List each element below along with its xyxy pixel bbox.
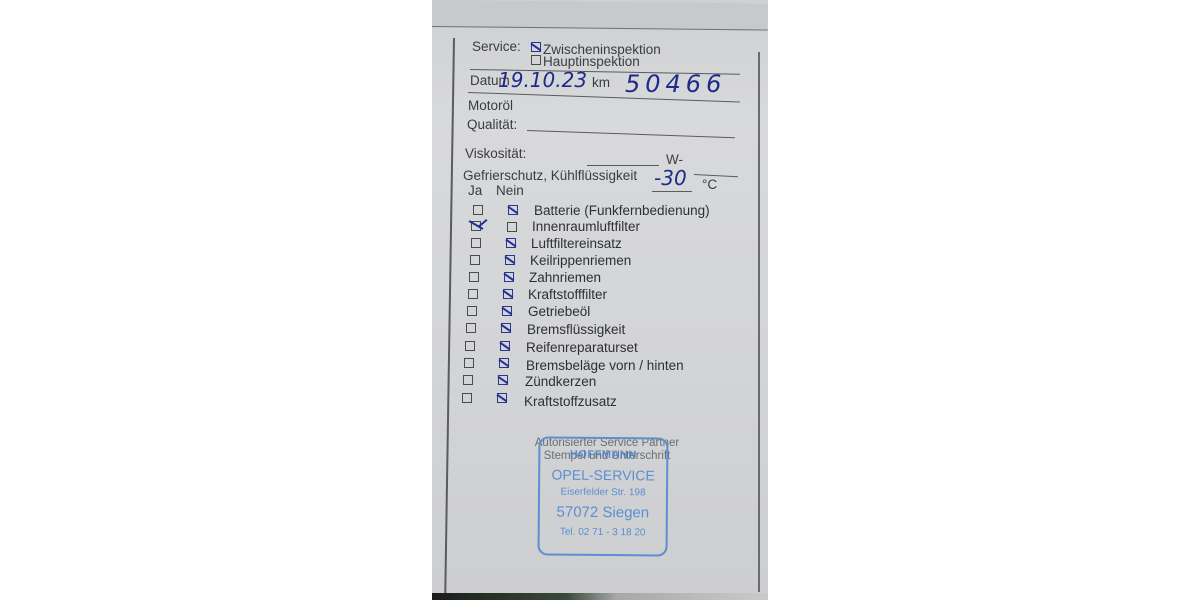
ja-checkbox[interactable] (467, 306, 477, 316)
checklist-item-label: Bremsbeläge vorn / hinten (526, 358, 684, 373)
checklist-item-label: Reifenreparaturset (526, 340, 638, 355)
ja-checkbox[interactable] (464, 358, 474, 368)
nein-checkbox[interactable] (507, 222, 517, 232)
ja-checkbox[interactable] (466, 323, 476, 333)
service-label: Service: (472, 39, 521, 54)
nein-checkbox[interactable] (498, 375, 508, 385)
nein-checkbox[interactable] (497, 393, 507, 403)
form-border-left (444, 38, 454, 600)
ja-checkbox[interactable] (463, 375, 473, 385)
checklist-item-label: Zündkerzen (525, 374, 596, 389)
km-field[interactable]: 50466 (625, 70, 726, 98)
ja-checkbox[interactable] (470, 255, 480, 265)
hauptinspektion-checkbox[interactable] (531, 55, 541, 65)
checklist-item-label: Kraftstofffilter (528, 287, 607, 302)
nein-checkbox[interactable] (501, 323, 511, 333)
qualitaet-label: Qualität: (467, 117, 517, 132)
zwischeninspektion-checkbox[interactable] (531, 42, 541, 52)
gefrierschutz-field[interactable]: -30 (654, 166, 687, 190)
column-ja-header: Ja (468, 183, 482, 198)
stamp-phone: Tel. 02 71 - 3 18 20 (540, 526, 666, 538)
nein-checkbox[interactable] (502, 306, 512, 316)
hauptinspektion-label: Hauptinspektion (543, 54, 640, 69)
checklist-item-label: Keilrippenriemen (530, 253, 631, 268)
stamp-dealer-name: HOFFMANN (540, 448, 666, 461)
nein-checkbox[interactable] (508, 205, 518, 215)
dealer-stamp: HOFFMANN OPEL-SERVICE Eiserfelder Str. 1… (537, 436, 668, 556)
nein-checkbox[interactable] (503, 289, 513, 299)
ja-checkbox[interactable] (462, 393, 472, 403)
previous-page-fold (432, 0, 768, 31)
viskositaet-field[interactable] (587, 165, 659, 166)
ja-checkbox[interactable] (471, 221, 481, 231)
gefrierschutz-label: Gefrierschutz, Kühlflüssigkeit (463, 168, 637, 183)
ja-checkbox[interactable] (465, 341, 475, 351)
background-strip (432, 593, 768, 600)
checklist-item-label: Innenraumluftfilter (532, 219, 640, 234)
stamp-city: 57072 Siegen (540, 503, 666, 521)
checklist-item-label: Getriebeöl (528, 304, 590, 319)
ja-checkbox[interactable] (473, 205, 483, 215)
ja-checkbox[interactable] (471, 238, 481, 248)
nein-checkbox[interactable] (506, 238, 516, 248)
nein-checkbox[interactable] (504, 272, 514, 282)
ja-checkbox[interactable] (469, 272, 479, 282)
service-booklet-page: Service: Zwischeninspektion Hauptinspekt… (432, 0, 768, 600)
checklist-item-label: Batterie (Funkfernbedienung) (534, 203, 710, 218)
motoroel-label: Motoröl (468, 98, 513, 113)
checklist-item-label: Luftfiltereinsatz (531, 236, 622, 251)
celsius-label: °C (702, 177, 717, 192)
date-field[interactable]: 19.10.23 (498, 68, 587, 92)
form-border-right (758, 52, 760, 592)
column-nein-header: Nein (496, 183, 524, 198)
km-label: km (592, 75, 610, 90)
nein-checkbox[interactable] (505, 255, 515, 265)
stamp-street: Eiserfelder Str. 198 (540, 486, 666, 498)
w-label: W- (666, 152, 683, 167)
nein-checkbox[interactable] (500, 341, 510, 351)
rule (652, 191, 692, 192)
stamp-brand: OPEL-SERVICE (540, 466, 666, 483)
nein-checkbox[interactable] (499, 358, 509, 368)
checklist-item-label: Bremsflüssigkeit (527, 322, 625, 337)
ja-checkbox[interactable] (468, 289, 478, 299)
checklist-item-label: Kraftstoffzusatz (524, 394, 617, 409)
checklist-item-label: Zahnriemen (529, 270, 601, 285)
viskositaet-label: Viskosität: (465, 146, 526, 161)
qualitaet-field[interactable] (527, 130, 735, 139)
